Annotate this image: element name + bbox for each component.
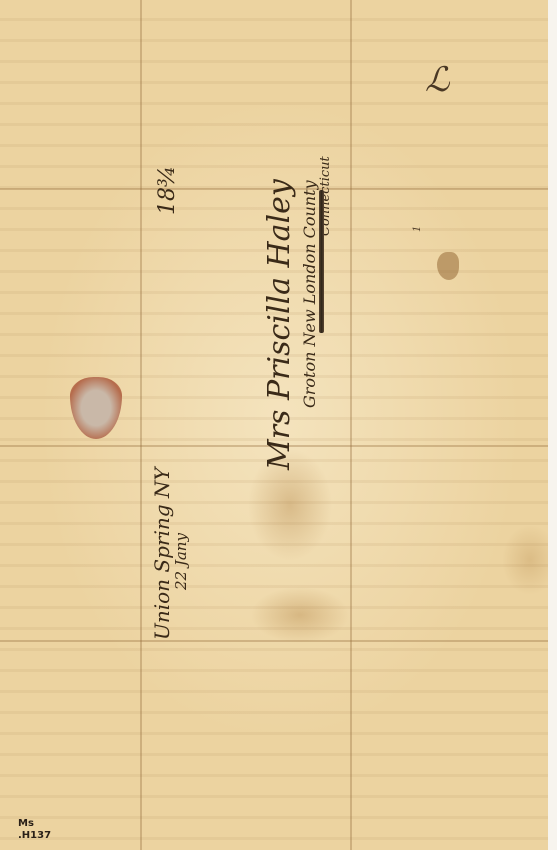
small-mark: 1 [412,226,423,232]
docket-mark: ℒ [425,60,450,100]
fold-line [0,640,550,642]
recipient-name: Mrs Priscilla Haley [262,179,297,470]
postmark-date: 22 Jany [172,533,190,590]
fold-line [140,0,142,850]
postage-rate: 18¾ [155,166,180,215]
scan-margin [548,0,557,850]
catalog-line-1: Ms [18,818,51,830]
fold-line [350,0,352,850]
catalog-label: Ms .H137 [18,818,51,842]
ink-stain [437,252,459,280]
recipient-town: Groton New London County [300,180,319,408]
letter-sheet: ℒ 1 18¾ Mrs Priscilla Haley Groton New L… [0,0,551,850]
postmark-origin: Union Spring NY [150,467,174,640]
catalog-line-2: .H137 [18,830,51,842]
address-underline [319,190,324,333]
